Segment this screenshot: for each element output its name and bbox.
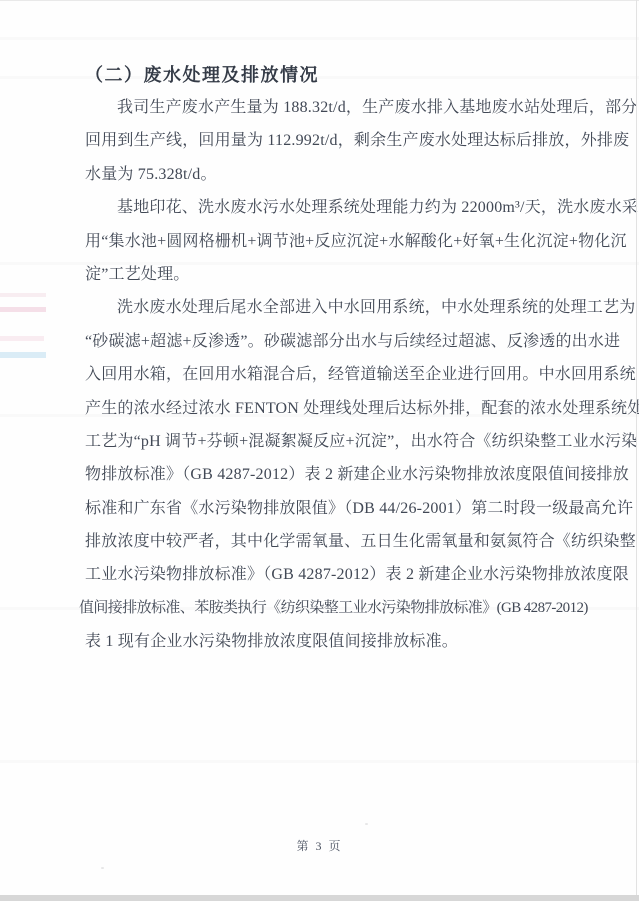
text-line: 排放浓度中较严者，其中化学需氧量、五日生化需氧量和氨氮符合《纺织染整: [85, 525, 561, 558]
text-line: 值间接排放标准、苯胺类执行《纺织染整工业水污染物排放标准》(GB 4287-20…: [79, 592, 561, 625]
text-line: 工艺为“pH 调节+芬顿+混凝絮凝反应+沉淀”，出水符合《纺织染整工业水污染: [85, 425, 561, 458]
text-line: 物排放标准》（GB 4287-2012）表 2 新建企业水污染物排放浓度限值间接…: [85, 458, 561, 491]
text-line: 淀”工艺处理。: [85, 258, 561, 291]
scan-band: [0, 760, 639, 763]
page-edge-top: [0, 0, 639, 1]
text-line: 水量为 75.328t/d。: [85, 158, 561, 191]
section-heading: （二）废水处理及排放情况: [85, 61, 319, 87]
text-line: 产生的浓水经过浓水 FENTON 处理线处理后达标外排，配套的浓水处理系统处理: [85, 392, 561, 425]
text-line: 用“集水池+圆网格栅机+调节池+反应沉淀+水解酸化+好氧+生化沉淀+物化沉: [85, 225, 561, 258]
text-line: 回用到生产线，回用量为 112.992t/d，剩余生产废水处理达标后排放，外排废: [85, 124, 561, 157]
page-edge-right: [636, 0, 637, 901]
document-page: （二）废水处理及排放情况 我司生产废水产生量为 188.32t/d，生产废水排入…: [0, 0, 639, 901]
paragraph-3: 洗水废水处理后尾水全部进入中水回用系统，中水处理系统的处理工艺为 “砂碳滤+超滤…: [85, 291, 561, 658]
document-body: 我司生产废水产生量为 188.32t/d，生产废水排入基地废水站处理后，部分 回…: [85, 91, 561, 659]
scan-speck: [101, 867, 104, 869]
scan-speck: [365, 823, 368, 825]
text-line: 洗水废水处理后尾水全部进入中水回用系统，中水处理系统的处理工艺为: [85, 291, 561, 324]
text-line: 标准和广东省《水污染物排放限值》（DB 44/26-2001）第二时段一级最高允…: [85, 492, 561, 525]
text-line: 工业水污染物排放标准》（GB 4287-2012）表 2 新建企业水污染物排放浓…: [85, 558, 561, 591]
page-number: 第 3 页: [0, 837, 639, 854]
paragraph-1: 我司生产废水产生量为 188.32t/d，生产废水排入基地废水站处理后，部分 回…: [85, 91, 561, 191]
scan-streak: [0, 352, 46, 358]
text-line: 基地印花、洗水废水污水处理系统处理能力约为 22000m³/天，洗水废水采: [85, 191, 561, 224]
scan-streak: [0, 293, 46, 297]
text-line: 我司生产废水产生量为 188.32t/d，生产废水排入基地废水站处理后，部分: [85, 91, 561, 124]
text-line: 表 1 现有企业水污染物排放浓度限值间接排放标准。: [85, 625, 561, 658]
page-edge-bottom: [0, 895, 639, 901]
scan-band: [0, 37, 639, 40]
scan-streak: [0, 307, 46, 312]
text-line: “砂碳滤+超滤+反渗透”。砂碳滤部分出水与后续经过超滤、反渗透的出水进: [85, 325, 561, 358]
text-line: 入回用水箱，在回用水箱混合后，经管道输送至企业进行回用。中水回用系统: [85, 358, 561, 391]
paragraph-2: 基地印花、洗水废水污水处理系统处理能力约为 22000m³/天，洗水废水采 用“…: [85, 191, 561, 291]
scan-streak: [0, 336, 44, 341]
